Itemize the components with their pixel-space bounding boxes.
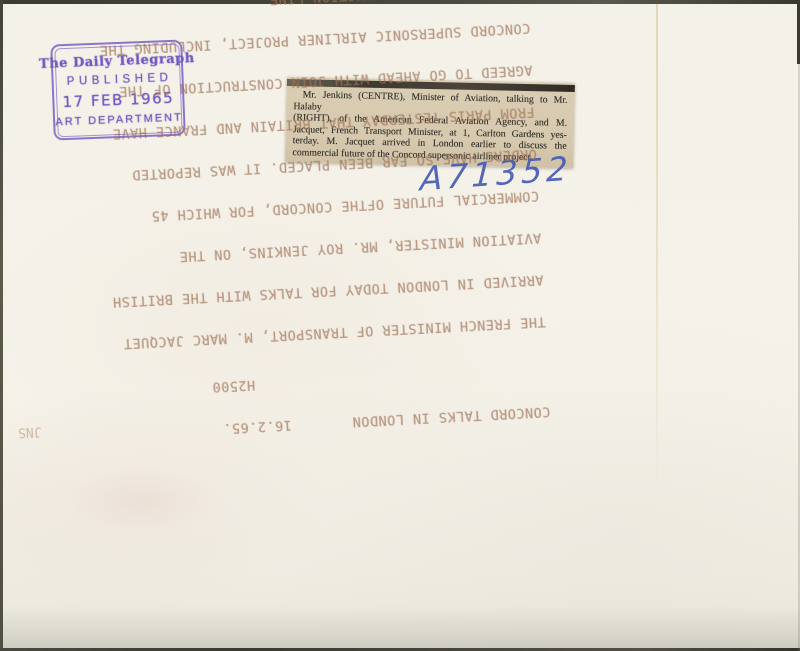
- caption-line: COMMERCIAL FUTURE OFTHE CONCORD, FOR WHI…: [21, 189, 539, 230]
- typewritten-caption-upside-down: CONCORD TALKS IN LONDON 16.2.65. H2500 T…: [22, 193, 553, 474]
- caption-line: H2500: [31, 362, 549, 403]
- caption-line: AVIATION MINISTER, MR. ROY JENKINS, ON T…: [24, 231, 542, 272]
- scan-edge-left: [0, 0, 3, 651]
- vertical-crease-line: [656, 0, 658, 480]
- caption-line: THE FRENCH MINISTER OF TRANSPORT, M. MAR…: [28, 314, 546, 355]
- caption-line: ORDERS HAVE SO FAR BEEN PLACED. IT WAS R…: [19, 147, 537, 188]
- caption-line: PROTOTYPES AND PRODUCTION LINE.: [11, 0, 529, 20]
- caption-line: ARRIVED IN LONDON TODAY FOR TALKS WITH T…: [26, 273, 544, 314]
- bottom-shading-band: [0, 606, 800, 651]
- caption-line: CONCORD TALKS IN LONDON 16.2.65.: [33, 404, 551, 445]
- caption-line: CONCORD SUPERSONIC AIRLINER PROJECT, INC…: [13, 21, 531, 62]
- caption-line: AGREED TO GO AHEAD WITH JOIN CONSTRUCTIO…: [15, 63, 533, 104]
- agency-mark: JNS: [18, 423, 42, 439]
- caption-line: FROM PARIS YESTERDAY THAT BRITAIN AND FR…: [17, 105, 535, 146]
